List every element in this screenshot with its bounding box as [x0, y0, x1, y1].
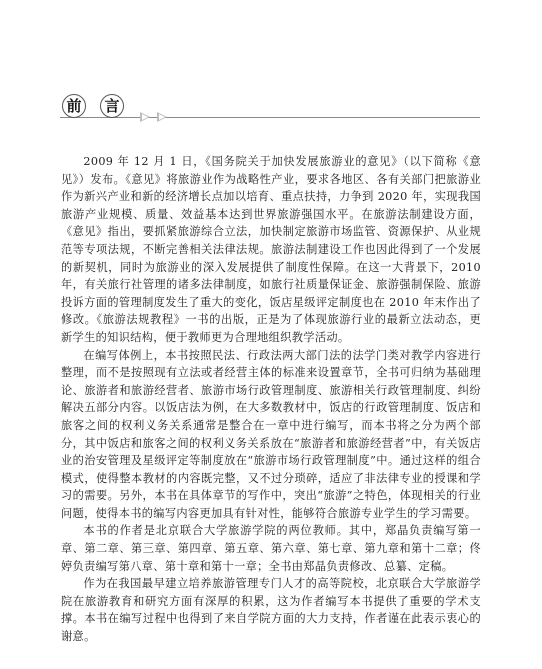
paragraph: 本书的作者是北京联合大学旅游学院的两位教师。其中，郑晶负责编写第一章、第二章、第… — [61, 522, 481, 575]
paragraph: 在编写体例上，本书按照民法、行政法两大部门法的法学门类对教学内容进行整理，而不是… — [61, 347, 481, 523]
title-char-circled: 言 — [100, 94, 124, 118]
page-title: 前 言 — [60, 92, 480, 126]
paragraph: 作为在我国最早建立培养旅游管理专门人才的高等院校，北京联合大学旅游学院在旅游教育… — [61, 575, 481, 645]
paragraph: 2009 年 12 月 1 日，《国务院关于加快发展旅游业的意见》（以下简称《意… — [61, 153, 481, 347]
triangle-arrow-icon — [140, 112, 150, 122]
triangle-arrow-icon — [157, 112, 167, 122]
document-page: 前 言 2009 年 12 月 1 日，《国务院关于加快发展旅游业的意见》（以下… — [0, 0, 542, 669]
title-rule-divider — [60, 117, 480, 118]
preface-body: 2009 年 12 月 1 日，《国务院关于加快发展旅游业的意见》（以下简称《意… — [61, 153, 481, 646]
title-char-circled: 前 — [62, 94, 86, 118]
